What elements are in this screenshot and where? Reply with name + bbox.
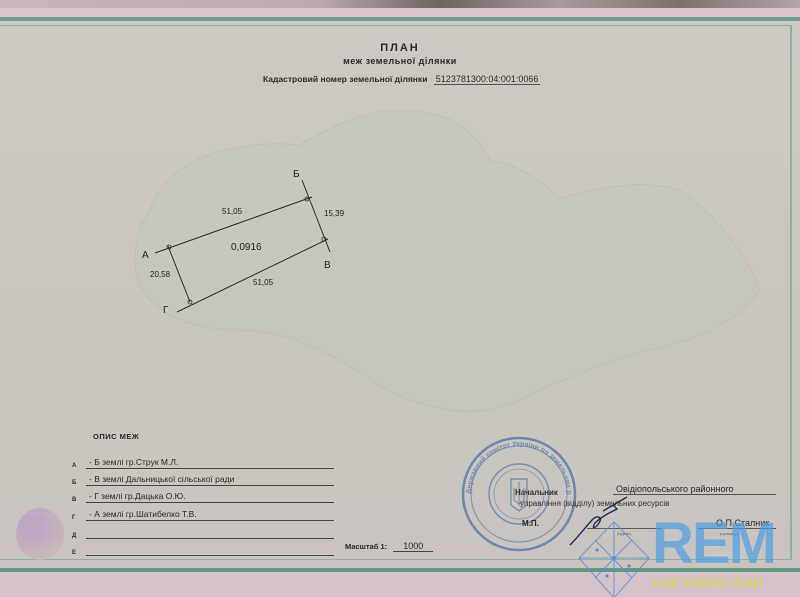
hologram-sticker: [16, 508, 64, 560]
boundary-row: В- Г землі гр.Дацька О.Ю.: [72, 489, 334, 503]
signatory-department: Овідіопольського районного: [613, 484, 776, 495]
boundary-line: [86, 468, 334, 469]
boundary-letter: В: [72, 497, 76, 503]
boundary-letter: Б: [72, 480, 76, 486]
side-length: 51,05: [253, 278, 274, 287]
rem-logo-icon: [577, 520, 652, 597]
boundary-line: [86, 502, 334, 503]
boundary-row: Д: [72, 525, 334, 539]
scale-row: Масштаб 1: 1000: [345, 541, 433, 552]
side-length: 15,39: [324, 209, 345, 218]
boundary-text: - Г землі гр.Дацька О.Ю.: [89, 491, 186, 501]
svg-text:Державний комітет України по з: Державний комітет України по земельних р…: [457, 432, 572, 495]
boundary-text: - А землі гр.Шатибелко Т.В.: [89, 509, 197, 519]
watermark-tagline: real estate map: [652, 574, 762, 592]
boundary-line: [86, 485, 334, 486]
vertex-label: А: [142, 250, 149, 261]
signatory-position: Начальник: [515, 488, 558, 497]
watermark-brand: REM: [652, 515, 775, 573]
stamp-text: Державний комітет України по земельних р…: [457, 432, 572, 495]
boundary-text: - Б землі гр.Струк М.Л.: [89, 457, 178, 467]
vertex-label: Б: [293, 169, 300, 180]
boundary-row: А- Б землі гр.Струк М.Л.: [72, 455, 334, 469]
scale-value: 1000: [393, 541, 433, 552]
boundaries-title: ОПИС МЕЖ: [93, 432, 139, 441]
boundary-letter: Д: [72, 533, 76, 539]
boundary-letter: Г: [72, 515, 75, 521]
side-length: 20,58: [150, 270, 171, 279]
boundary-row: Б- В землі Дальницької сільської ради: [72, 472, 334, 486]
boundary-letter: А: [72, 463, 76, 469]
boundary-row: Е: [72, 542, 334, 556]
scale-label: Масштаб 1:: [345, 542, 387, 551]
boundary-line: [86, 555, 334, 556]
side-length: 51,05: [222, 207, 243, 216]
boundary-text: - В землі Дальницької сільської ради: [89, 474, 234, 484]
vertex-label: В: [324, 260, 331, 271]
boundary-row: Г- А землі гр.Шатибелко Т.В.: [72, 507, 334, 521]
plot-area: 0,0916: [231, 242, 262, 253]
vertex-label: Г: [163, 305, 169, 316]
boundary-line: [86, 538, 334, 539]
stamp-place-label: М.П.: [522, 519, 539, 528]
boundary-letter: Е: [72, 550, 76, 556]
boundary-line: [86, 520, 334, 521]
